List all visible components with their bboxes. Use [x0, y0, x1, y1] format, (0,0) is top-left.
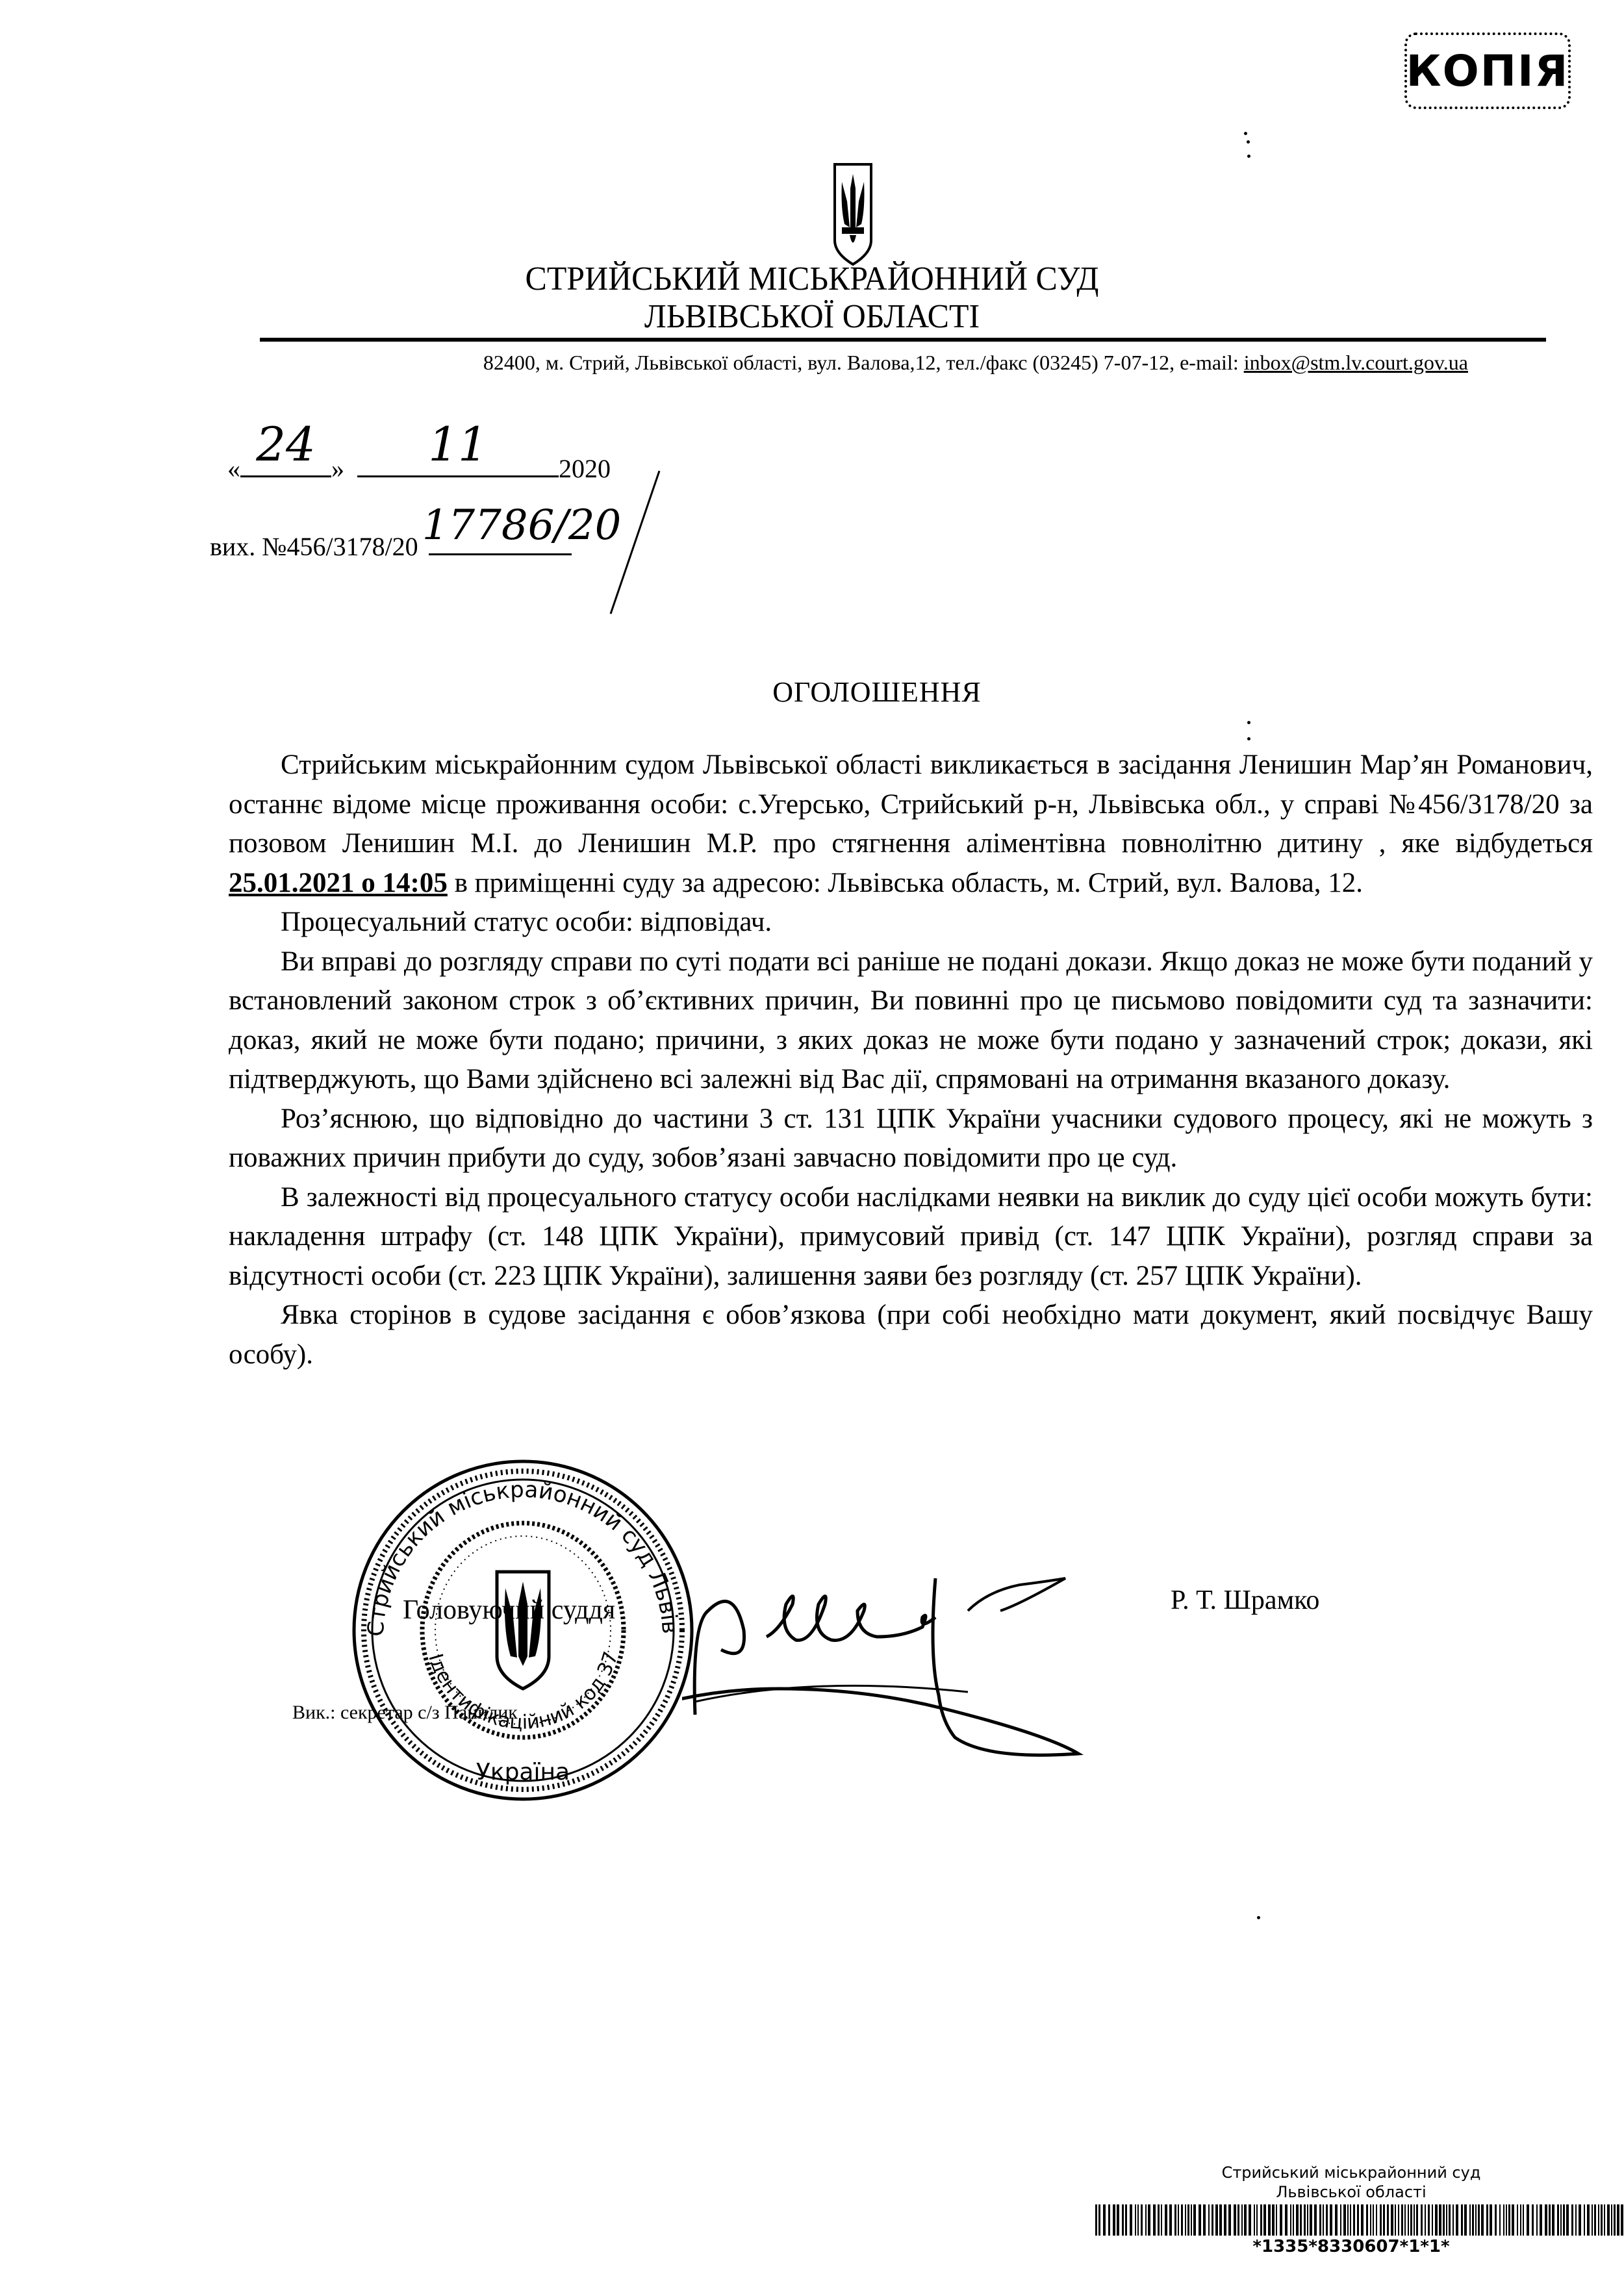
header-divider — [260, 338, 1546, 342]
scan-speck — [1247, 721, 1250, 724]
paragraph-consequences: В залежності від процесуального статусу … — [229, 1178, 1593, 1296]
document-title: ОГОЛОШЕННЯ — [260, 675, 1494, 709]
court-address: 82400, м. Стрий, Львівської області, вул… — [260, 351, 1468, 375]
summons-text: Стрийським міськрайонним судом Львівсько… — [229, 750, 1593, 859]
month-field: 11 — [357, 448, 559, 477]
executor-note: Вик.: секретар с/з Панилик — [292, 1702, 518, 1724]
paragraph-notice: Роз’яснюю, що відповідно до частини 3 ст… — [229, 1100, 1593, 1178]
barcode-block: Стрийський міськрайонний суд Львівської … — [1091, 2163, 1611, 2256]
barcode-bars-icon — [1095, 2204, 1607, 2236]
day-value: 24 — [240, 417, 331, 472]
paragraph-evidence: Ви вправі до розгляду справи по суті под… — [229, 942, 1593, 1100]
barcode-title-line1: Стрийський міськрайонний суд — [1091, 2163, 1611, 2182]
month-value: 11 — [357, 417, 559, 472]
paragraph-summons: Стрийським міськрайонним судом Львівсько… — [229, 746, 1593, 903]
hearing-datetime: 25.01.2021 о 14:05 — [229, 868, 448, 898]
outgoing-handwritten-field: 17786/20 — [429, 526, 572, 555]
year-value: 2020 — [559, 454, 611, 483]
judge-signature-icon — [682, 1526, 1267, 1799]
open-quote: « — [227, 454, 240, 483]
copy-stamp: КОПІЯ — [1404, 32, 1571, 109]
scan-speck — [1244, 132, 1247, 135]
judge-position: Головуючий суддя — [403, 1595, 615, 1626]
paragraph-attendance: Явка сторінов в судове засідання є обов’… — [229, 1296, 1593, 1374]
scan-speck — [1247, 155, 1250, 158]
announcement-body: Стрийським міськрайонним судом Львівсько… — [229, 746, 1593, 1374]
barcode-number: *1335*8330607*1*1* — [1091, 2237, 1611, 2256]
outgoing-number: вих. №456/3178/20 17786/20 — [210, 526, 572, 562]
day-field: 24 — [240, 448, 331, 477]
paragraph-status: Процесуальний статус особи: відповідач. — [229, 903, 1593, 942]
slash-mark-icon — [604, 468, 669, 617]
court-name-line2: ЛЬВІВСЬКОЇ ОБЛАСТІ — [407, 297, 1217, 336]
scan-speck — [1247, 140, 1250, 144]
court-name-line1: СТРИЙСЬКИЙ МІСЬКРАЙОННИЙ СУД — [407, 260, 1217, 299]
barcode-title-line2: Львівської області — [1091, 2182, 1611, 2202]
close-quote: » — [331, 454, 344, 483]
scan-speck — [1247, 737, 1250, 740]
registration-date: «24» 112020 — [227, 448, 611, 484]
seal-bottom-text: Україна — [476, 1759, 570, 1785]
summons-address: в приміщенні суду за адресою: Львівська … — [448, 868, 1363, 898]
copy-stamp-label: КОПІЯ — [1406, 46, 1569, 96]
scan-speck — [1257, 1916, 1260, 1919]
judge-name: Р. Т. Шрамко — [1171, 1585, 1319, 1616]
address-text: 82400, м. Стрий, Львівської області, вул… — [483, 351, 1244, 374]
outgoing-label: вих. №456/3178/20 — [210, 532, 418, 561]
coat-of-arms-icon — [833, 162, 873, 266]
email-link[interactable]: inbox@stm.lv.court.gov.ua — [1244, 351, 1468, 374]
